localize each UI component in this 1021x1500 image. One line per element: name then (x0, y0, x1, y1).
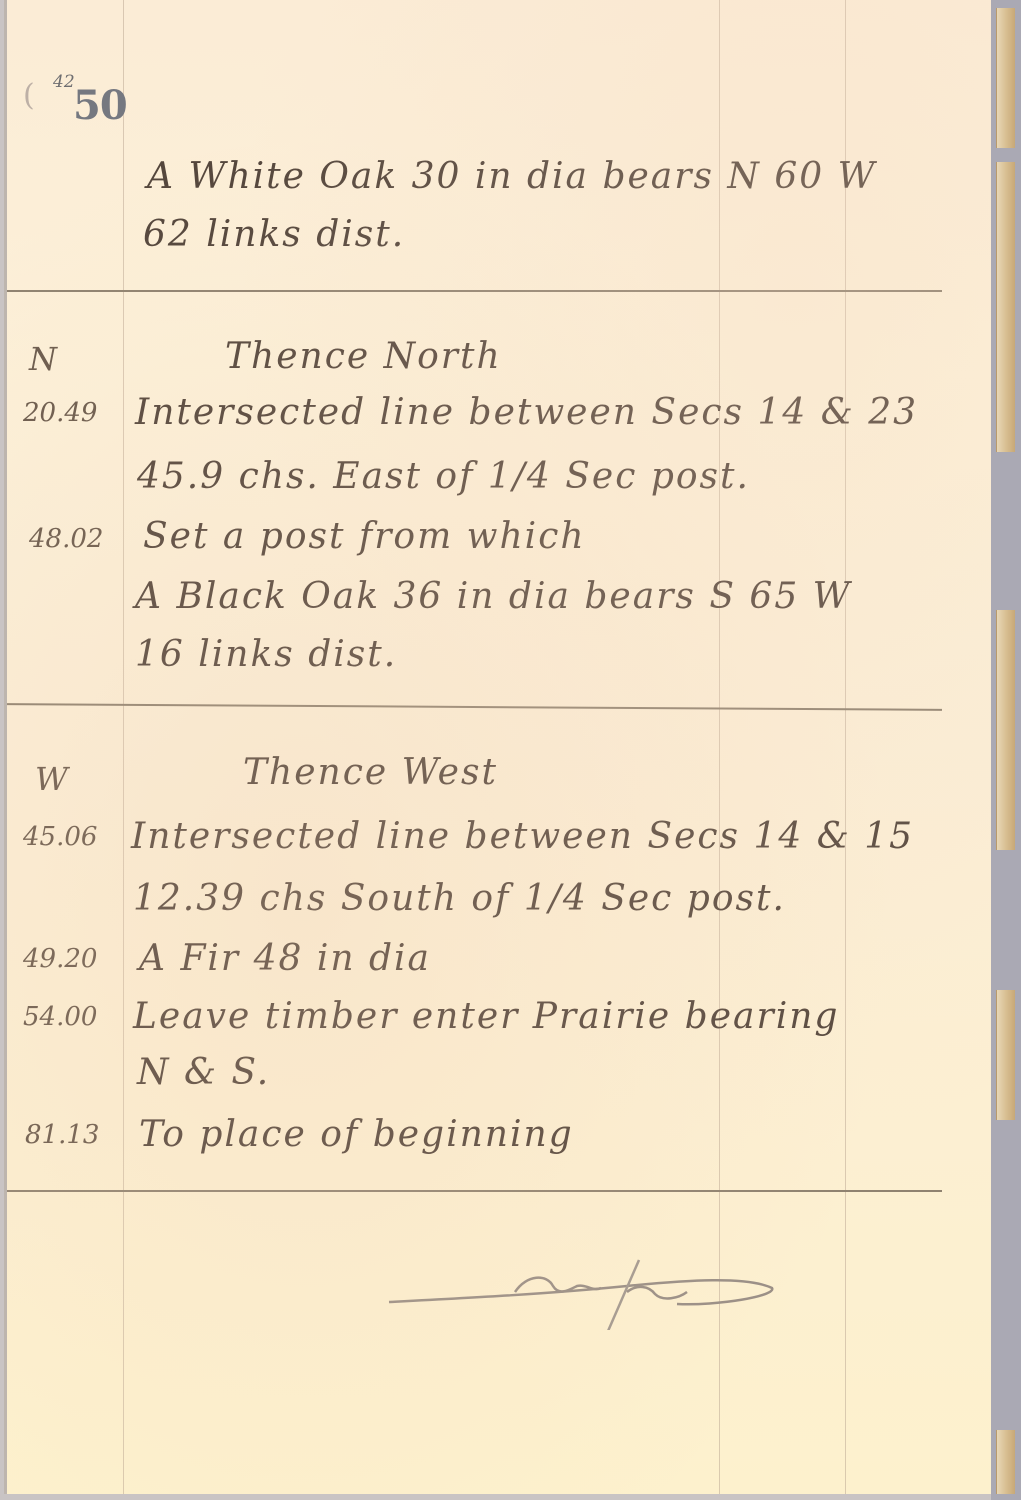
entry-text: A Fir 48 in dia (139, 938, 431, 979)
section-heading: Thence North (225, 336, 502, 377)
distance: 20.49 (23, 398, 97, 428)
distance: 48.02 (29, 524, 103, 554)
stamped-page-number: 50 (73, 82, 127, 129)
entry-text: Leave timber enter Prairie bearing (133, 996, 839, 1037)
distance: 45.06 (23, 822, 97, 852)
column-rule (845, 0, 846, 1494)
section-divider (7, 290, 942, 292)
bearing-label: W (35, 760, 68, 798)
torn-edge (996, 1430, 1015, 1494)
section-divider (7, 1190, 942, 1192)
distance: 54.00 (23, 1002, 97, 1032)
entry-text: 62 links dist. (143, 214, 405, 255)
entry-text: Intersected line between Secs 14 & 15 (131, 816, 914, 857)
torn-edge (996, 162, 1015, 452)
entry-text: 16 links dist. (135, 634, 397, 675)
distance: 49.20 (23, 944, 97, 974)
bearing-label: N (29, 340, 57, 378)
entry-text: 45.9 chs. East of 1/4 Sec post. (137, 456, 750, 497)
signature-mark (387, 1240, 787, 1330)
entry-text: A Black Oak 36 in dia bears S 65 W (135, 576, 852, 617)
bracket-mark: ( (23, 78, 35, 113)
entry-text: A White Oak 30 in dia bears N 60 W (147, 156, 877, 197)
entry-text: 12.39 chs South of 1/4 Sec post. (133, 878, 786, 919)
margin-rule (123, 0, 124, 1494)
torn-edge (996, 610, 1015, 850)
entry-text: To place of beginning (139, 1114, 574, 1155)
torn-edge (996, 8, 1015, 148)
distance: 81.13 (25, 1120, 99, 1150)
torn-edge (996, 990, 1015, 1120)
entry-text: Intersected line between Secs 14 & 23 (135, 392, 918, 433)
notebook-page: ( 42 50 A White Oak 30 in dia bears N 60… (4, 0, 994, 1494)
section-divider (7, 703, 942, 711)
entry-text: N & S. (137, 1052, 270, 1093)
section-heading: Thence West (243, 752, 498, 793)
pencil-page-number: 42 (53, 72, 75, 92)
entry-text: Set a post from which (143, 516, 586, 557)
